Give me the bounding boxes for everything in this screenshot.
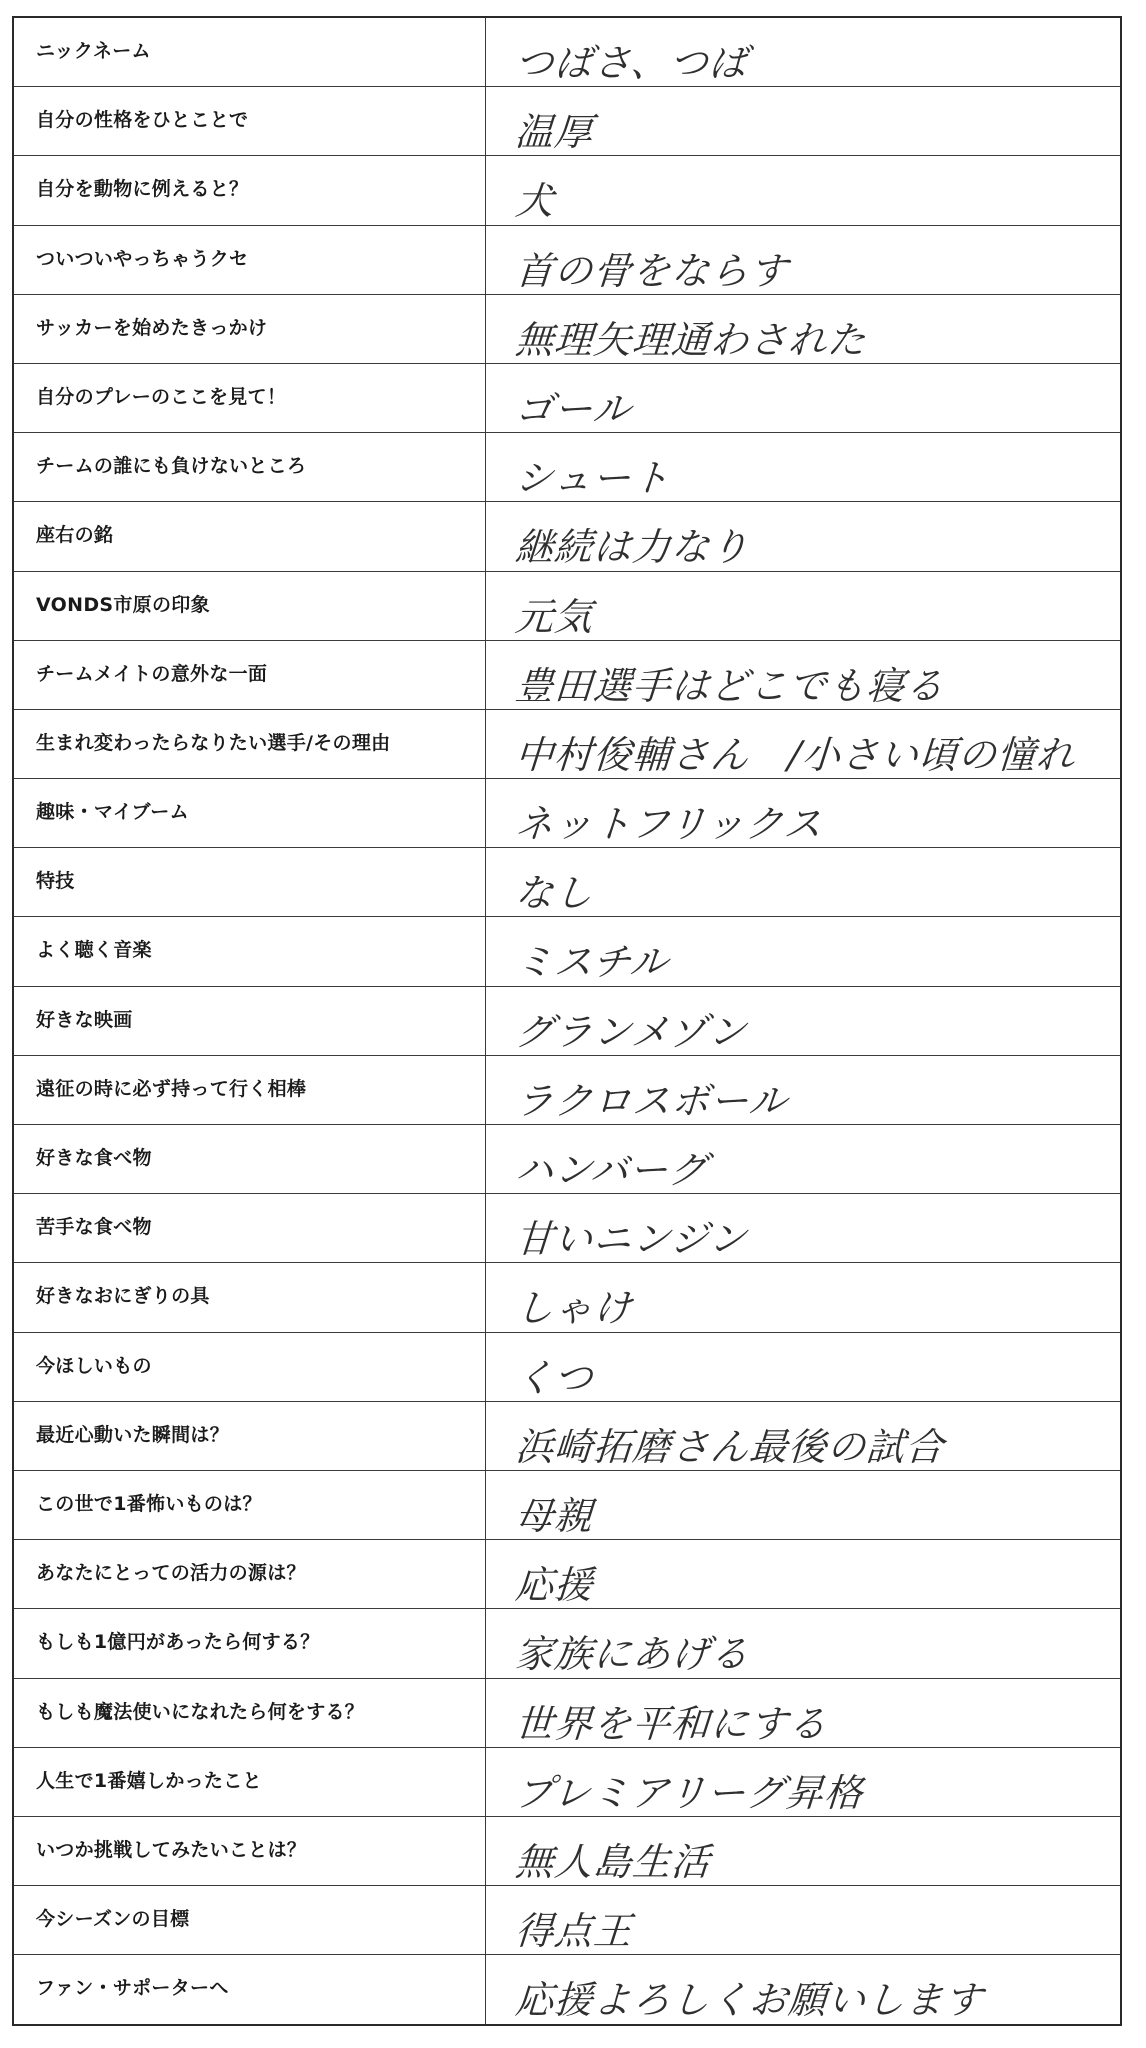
handwritten-answer: ミスチル [484,917,1123,985]
handwritten-answer: 浜崎拓磨さん最後の試合 [484,1402,1123,1470]
profile-questionnaire-table: ニックネームつばさ、つば 自分の性格をひとことで温厚 自分を動物に例えると？犬 … [12,16,1122,2026]
handwritten-answer: 中村俊輔さん /小さい頃の憧れ [484,710,1123,778]
table-row: 趣味・マイブームネットフリックス [14,779,1120,848]
handwritten-answer: グランメゾン [484,987,1123,1055]
handwritten-answer: 世界を平和にする [484,1679,1123,1747]
table-row: 人生で1番嬉しかったことプレミアリーグ昇格 [14,1748,1120,1817]
handwritten-answer: 応援よろしくお願いします [484,1955,1123,2024]
table-row: 好きな映画グランメゾン [14,987,1120,1056]
table-row: 自分の性格をひとことで温厚 [14,87,1120,156]
question-label: 苦手な食べ物 [14,1194,486,1262]
question-label: 自分の性格をひとことで [14,87,486,155]
question-label: 好きな映画 [14,987,486,1055]
handwritten-answer: なし [484,848,1123,916]
handwritten-answer: 無理矢理通わされた [484,295,1123,363]
question-label: もしも1億円があったら何する？ [14,1609,486,1677]
handwritten-answer: しゃけ [484,1263,1123,1331]
question-label: ニックネーム [14,18,486,86]
handwritten-answer: 継続は力なり [484,502,1123,570]
handwritten-answer: シュート [484,433,1123,501]
table-row: 特技なし [14,848,1120,917]
table-row: 生まれ変わったらなりたい選手/その理由中村俊輔さん /小さい頃の憧れ [14,710,1120,779]
table-row: ニックネームつばさ、つば [14,18,1120,87]
table-row: 苦手な食べ物甘いニンジン [14,1194,1120,1263]
handwritten-answer: ラクロスボール [484,1056,1123,1124]
table-row: ついついやっちゃうクセ首の骨をならす [14,226,1120,295]
question-label: よく聴く音楽 [14,917,486,985]
question-label: VONDS市原の印象 [14,572,486,640]
question-label: 人生で1番嬉しかったこと [14,1748,486,1816]
question-label: 今ほしいもの [14,1333,486,1401]
handwritten-answer: 豊田選手はどこでも寝る [484,641,1123,709]
table-row: VONDS市原の印象元気 [14,572,1120,641]
table-row: 好きなおにぎりの具しゃけ [14,1263,1120,1332]
question-label: 自分を動物に例えると？ [14,156,486,224]
handwritten-answer: 温厚 [484,87,1123,155]
table-row: 最近心動いた瞬間は？浜崎拓磨さん最後の試合 [14,1402,1120,1471]
table-row: あなたにとっての活力の源は？応援 [14,1540,1120,1609]
question-label: 遠征の時に必ず持って行く相棒 [14,1056,486,1124]
table-row: ファン・サポーターへ応援よろしくお願いします [14,1955,1120,2024]
question-label: サッカーを始めたきっかけ [14,295,486,363]
question-label: ファン・サポーターへ [14,1955,486,2024]
question-label: 最近心動いた瞬間は？ [14,1402,486,1470]
table-row: 遠征の時に必ず持って行く相棒ラクロスボール [14,1056,1120,1125]
table-row: チームメイトの意外な一面豊田選手はどこでも寝る [14,641,1120,710]
question-label: いつか挑戦してみたいことは？ [14,1817,486,1885]
question-label: 座右の銘 [14,502,486,570]
table-row: 好きな食べ物ハンバーグ [14,1125,1120,1194]
handwritten-answer: ゴール [484,364,1123,432]
question-label: もしも魔法使いになれたら何をする？ [14,1679,486,1747]
table-row: いつか挑戦してみたいことは？無人島生活 [14,1817,1120,1886]
question-label: ついついやっちゃうクセ [14,226,486,294]
table-row: 今シーズンの目標得点王 [14,1886,1120,1955]
handwritten-answer: 首の骨をならす [484,226,1123,294]
handwritten-answer: 家族にあげる [484,1609,1123,1677]
handwritten-answer: くつ [484,1333,1123,1401]
question-label: 好きなおにぎりの具 [14,1263,486,1331]
handwritten-answer: 甘いニンジン [484,1194,1123,1262]
handwritten-answer: プレミアリーグ昇格 [484,1748,1123,1816]
table-row: チームの誰にも負けないところシュート [14,433,1120,502]
question-label: チームメイトの意外な一面 [14,641,486,709]
handwritten-answer: 応援 [484,1540,1123,1608]
table-row: もしも1億円があったら何する？家族にあげる [14,1609,1120,1678]
handwritten-answer: 得点王 [484,1886,1123,1954]
table-row: もしも魔法使いになれたら何をする？世界を平和にする [14,1679,1120,1748]
handwritten-answer: 元気 [484,572,1123,640]
handwritten-answer: 無人島生活 [484,1817,1123,1885]
question-label: 趣味・マイブーム [14,779,486,847]
table-row: 今ほしいものくつ [14,1333,1120,1402]
question-label: 生まれ変わったらなりたい選手/その理由 [14,710,486,778]
handwritten-answer: ハンバーグ [484,1125,1123,1193]
question-label: あなたにとっての活力の源は？ [14,1540,486,1608]
table-row: 自分を動物に例えると？犬 [14,156,1120,225]
question-label: 特技 [14,848,486,916]
table-row: 座右の銘継続は力なり [14,502,1120,571]
handwritten-answer: 犬 [484,156,1123,224]
table-row: サッカーを始めたきっかけ無理矢理通わされた [14,295,1120,364]
question-label: 好きな食べ物 [14,1125,486,1193]
question-label: 自分のプレーのここを見て！ [14,364,486,432]
table-row: よく聴く音楽ミスチル [14,917,1120,986]
handwritten-answer: つばさ、つば [484,18,1123,86]
handwritten-answer: ネットフリックス [484,779,1123,847]
question-label: チームの誰にも負けないところ [14,433,486,501]
handwritten-answer: 母親 [484,1471,1123,1539]
question-label: この世で1番怖いものは？ [14,1471,486,1539]
question-label: 今シーズンの目標 [14,1886,486,1954]
table-row: この世で1番怖いものは？母親 [14,1471,1120,1540]
table-row: 自分のプレーのここを見て！ゴール [14,364,1120,433]
